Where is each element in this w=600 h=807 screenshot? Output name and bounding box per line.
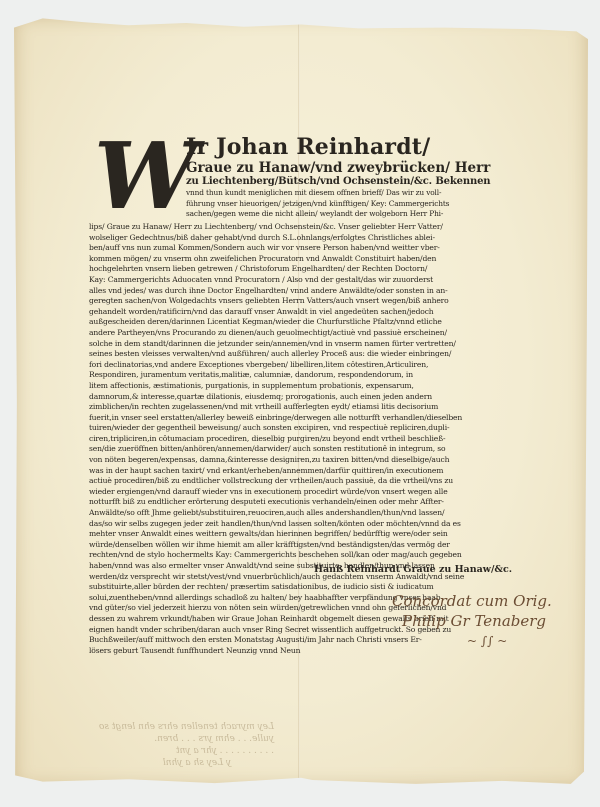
body-line: fuerit,in vnser seel erstatten/allerley … xyxy=(89,413,501,424)
printed-text-block: W Ir Johan Reinhardt/ Graue zu Hanaw/vnd… xyxy=(89,134,501,656)
parchment-sheet: W Ir Johan Reinhardt/ Graue zu Hanaw/vnd… xyxy=(14,16,588,787)
body-line: tuiren/wieder der gegentheil beweisung/ … xyxy=(89,423,501,434)
body-line: hochgelehrten vnsern lieben getrewen / C… xyxy=(89,264,501,275)
body-line: das/so wir selbs zugegen jeder zeit hand… xyxy=(89,519,501,530)
handwritten-attestation: Concordat cum Orig. Philip Gr Tenaberg ~… xyxy=(392,591,572,651)
handwritten-paraph: ~ ∫∫ ~ xyxy=(467,631,572,651)
handwritten-line: Concordat cum Orig. xyxy=(392,591,572,611)
bleedthrough-handwriting: Ley myrach tenellen ehrs ehn lengt so yu… xyxy=(44,721,274,769)
heading-text: Ir Johan Reinhardt/ Graue zu Hanaw/vnd z… xyxy=(182,134,501,220)
body-line: fori declinatorias,vnd andere Exceptione… xyxy=(89,360,501,371)
handwritten-line: Philip Gr Tenaberg xyxy=(402,611,572,631)
body-line: ben/auff vns nun zumal Kommen/Sondern au… xyxy=(89,243,501,254)
body-line: Anwäldte/so offt Jhme geliebt/substituir… xyxy=(89,508,501,519)
body-line: geregten sachen/von Wolgedachts vnsers g… xyxy=(89,296,501,307)
body-line: wolseliger Gedechtnus/biß daher gehabt/v… xyxy=(89,233,501,244)
body-line: actiuè procediren/biß zu endtlicher voll… xyxy=(89,476,501,487)
document-subtitle: Graue zu Hanaw/vnd zweybrücken/ Herr xyxy=(186,160,501,176)
head-line: zu Liechtenberg/Bütsch/vnd Ochsenstein/&… xyxy=(186,176,501,188)
body-line: damnorum,& interesse,quartæ dilationis, … xyxy=(89,392,501,403)
body-line: solche in dem standt/darinnen die jetzun… xyxy=(89,339,501,350)
body-line: litem affectionis, æstimationis, purgati… xyxy=(89,381,501,392)
head-line: führung vnser hieuorigen/ jetzigen/vnd k… xyxy=(186,199,501,210)
head-line: vnnd thun kundt meniglichen mit diesem o… xyxy=(186,188,501,199)
body-line: ciren,tripliciren,in côtumaciam procedir… xyxy=(89,434,501,445)
body-line: sen/die zueröffnen bitten/anhören/anneme… xyxy=(89,444,501,455)
body-line: von nöten begeren/expensas, damna,&inter… xyxy=(89,455,501,466)
body-line: rechten/vnd de stylo hochermelts Kay: Ca… xyxy=(89,550,501,561)
body-line: notturfft biß zu endtlicher erörterung d… xyxy=(89,497,501,508)
body-line: andere Partheyen/vns Procurando zu diene… xyxy=(89,328,501,339)
decorated-initial-letter: W xyxy=(94,134,182,222)
body-line: alles vnd jedes/ was durch ihne Doctor E… xyxy=(89,286,501,297)
body-line: gehandelt worden/ratificirn/vnd das dara… xyxy=(89,307,501,318)
head-line: sachen/gegen weme die nicht allein/ weyl… xyxy=(186,209,501,220)
body-line: außgescheiden deren/darinnen Licentiat K… xyxy=(89,317,501,328)
document-title: Ir Johan Reinhardt/ xyxy=(186,134,501,160)
printed-signature: Hanß Reinhardt Graue zu Hanaw/&c. xyxy=(314,564,512,575)
heading-area: W Ir Johan Reinhardt/ Graue zu Hanaw/vnd… xyxy=(89,134,501,222)
body-line: was in der haupt sachen taxirt/ vnd erka… xyxy=(89,466,501,477)
body-line: kommen mögen/ zu vnserm ohn zweifelichen… xyxy=(89,254,501,265)
body-line: zimblichen/in rechten zugelassenen/vnd m… xyxy=(89,402,501,413)
body-line: mehter vnser Anwaldt eines weittern gewa… xyxy=(89,529,501,540)
body-line: seines besten vleisses verwalten/vnd auß… xyxy=(89,349,501,360)
body-line: lips/ Graue zu Hanaw/ Herr zu Liechtenbe… xyxy=(89,222,501,233)
body-line: Kay: Cammergerichts Aduocaten vnnd Procu… xyxy=(89,275,501,286)
body-line: wieder ergiengen/vnd darauff wieder vns … xyxy=(89,487,501,498)
body-line: würde/denselben wöllen wir ihme hiemit a… xyxy=(89,540,501,551)
body-line: Respondiren, juramentum veritatis,maliti… xyxy=(89,370,501,381)
